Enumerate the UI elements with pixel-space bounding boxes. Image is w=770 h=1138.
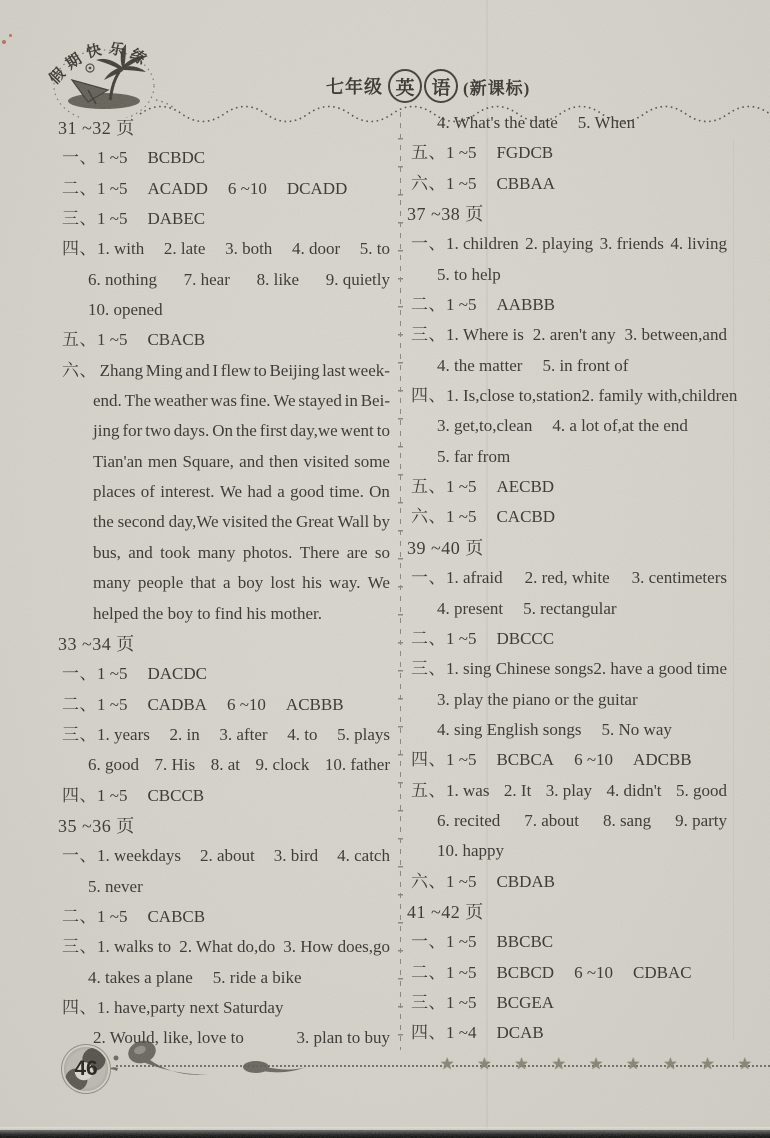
section-label: 一、 xyxy=(62,148,97,167)
section-label: 四、 xyxy=(411,386,446,405)
answer-line: 四、1 ~4DCAB xyxy=(411,1018,727,1048)
section-label: 一、 xyxy=(62,664,97,683)
answers-column-left: 31 ~32 页一、1 ~5BCBDC二、1 ~5ACADD6 ~10DCADD… xyxy=(62,113,390,1054)
answer-line: 4. What's the date5. When xyxy=(437,108,727,138)
page-range-heading: 41 ~42 页 xyxy=(407,897,727,927)
answer-line: 五、1. was2. It3. play4. didn't5. good xyxy=(411,776,727,806)
section-label: 三、 xyxy=(62,209,97,228)
answer-line: 三、1. walks to2. What do,do3. How does,go xyxy=(62,932,390,962)
answer-line: 一、1 ~5DACDC xyxy=(62,659,390,689)
section-label: 六、 xyxy=(411,872,446,891)
star-icon: ★ xyxy=(700,1055,714,1075)
section-label: 五、 xyxy=(411,143,446,162)
answer-line: 4. takes a plane5. ride a bike xyxy=(88,963,390,993)
page-range-heading: 35 ~36 页 xyxy=(58,811,390,841)
star-icon: ★ xyxy=(738,1055,752,1075)
answer-line: 5. far from xyxy=(437,442,727,472)
section-label: 四、 xyxy=(62,786,97,805)
section-label: 四、 xyxy=(411,1023,446,1042)
answer-line: 一、1 ~5BBCBC xyxy=(411,927,727,957)
answer-line: 4. present5. rectangular xyxy=(437,594,727,624)
answer-line: 三、1. Where is2. aren't any3. between,and xyxy=(411,320,727,350)
section-label: 二、 xyxy=(62,907,97,926)
page-range-heading: 37 ~38 页 xyxy=(407,199,727,229)
star-icon: ★ xyxy=(589,1055,603,1075)
answer-line: 4. sing English songs5. No way xyxy=(437,715,727,745)
answer-line: 三、1 ~5DABEC xyxy=(62,204,390,234)
answer-line: 三、1 ~5BCGEA xyxy=(411,988,727,1018)
answer-line: 二、1 ~5AABBB xyxy=(411,290,727,320)
answer-line: 五、1 ~5AECBD xyxy=(411,472,727,502)
answers-column-right: 4. What's the date5. When五、1 ~5FGDCB六、1 … xyxy=(411,108,727,1049)
answer-line: 四、1. have,party next Saturday xyxy=(62,993,390,1023)
answer-line: 四、1. with2. late3. both4. door5. to xyxy=(62,234,390,264)
section-label: 一、 xyxy=(411,568,446,587)
column-divider xyxy=(398,112,403,1050)
logo-text: 假期快乐练 xyxy=(45,39,154,88)
answer-line: 5. to help xyxy=(437,260,727,290)
print-speck xyxy=(2,40,6,44)
star-icon: ★ xyxy=(663,1055,677,1075)
answer-line: 3. get,to,clean4. a lot of,at the end xyxy=(437,411,727,441)
answer-line: 4. the matter5. in front of xyxy=(437,351,727,381)
answer-line: 10. opened xyxy=(88,295,390,325)
page-number-badge: 46 xyxy=(64,1047,108,1091)
answer-line: 二、1 ~5CADBA6 ~10ACBBB xyxy=(62,690,390,720)
answer-paragraph-line: placesofinterest.Wehadagoodtime.On xyxy=(93,477,390,507)
answer-line: 六、1 ~5CACBD xyxy=(411,502,727,532)
answer-line: 四、1. Is,close to,station2. family with,c… xyxy=(411,381,727,411)
answer-paragraph-line: Tian'anmenSquare,andthenvisitedsome xyxy=(93,447,390,477)
star-icon: ★ xyxy=(514,1055,528,1075)
answer-line: 三、1. sing Chinese songs2. have a good ti… xyxy=(411,654,727,684)
page-edge-shadow xyxy=(0,1130,770,1138)
print-speck xyxy=(9,34,12,37)
answer-line: 六、1 ~5CBDAB xyxy=(411,867,727,897)
answer-line: 一、1. afraid2. red, white3. centimeters xyxy=(411,563,727,593)
bleedthrough-line xyxy=(733,140,734,1040)
section-label: 四、 xyxy=(62,998,97,1017)
answer-line: 二、1 ~5BCBCD6 ~10CDBAC xyxy=(411,958,727,988)
answer-line: 6. good7. His8. at9. clock10. father xyxy=(88,750,390,780)
section-label: 四、 xyxy=(411,750,446,769)
answer-line: 五、1 ~5FGDCB xyxy=(411,138,727,168)
ink-blot-decoration xyxy=(104,1036,314,1086)
section-label: 二、 xyxy=(411,629,446,648)
answer-line: 二、1 ~5CABCB xyxy=(62,902,390,932)
section-label: 一、 xyxy=(411,932,446,951)
section-label: 四、 xyxy=(62,239,97,258)
section-label: 三、 xyxy=(411,325,446,344)
star-icon: ★ xyxy=(552,1055,566,1075)
answer-line: 6. recited7. about8. sang9. party xyxy=(437,806,727,836)
page-number: 46 xyxy=(74,1057,97,1081)
answer-line: 三、1. years2. in3. after4. to5. plays xyxy=(62,720,390,750)
star-icon: ★ xyxy=(626,1055,640,1075)
answer-line: 二、1 ~5ACADD6 ~10DCADD xyxy=(62,174,390,204)
section-label: 六、 xyxy=(411,507,446,526)
answer-line: 二、1 ~5DBCCC xyxy=(411,624,727,654)
answer-key-page: 假期快乐练 七年级 英 语 (新课标) 31 ~32 页一、1 ~5BCBDC二… xyxy=(0,0,770,1138)
answer-paragraph-line: end.Theweatherwasfine.WestayedinBei- xyxy=(93,386,390,416)
section-label: 二、 xyxy=(62,695,97,714)
answer-paragraph-line: thesecondday,WevisitedtheGreatWallby xyxy=(93,507,390,537)
answer-line: 6. nothing7. hear8. like9. quietly xyxy=(88,265,390,295)
answer-line: 一、1. children2. playing3. friends4. livi… xyxy=(411,229,727,259)
section-label: 五、 xyxy=(411,477,446,496)
page-range-heading: 39 ~40 页 xyxy=(407,533,727,563)
section-label: 三、 xyxy=(62,725,97,744)
page-range-heading: 33 ~34 页 xyxy=(58,629,390,659)
answer-line: 六、1 ~5CBBAA xyxy=(411,169,727,199)
answer-line: 5. never xyxy=(88,872,390,902)
answer-paragraph-line: bus,andtookmanyphotos.Thereareso xyxy=(93,538,390,568)
answer-paragraph-line: jingfortwodays.Onthefirstday,wewentto xyxy=(93,416,390,446)
section-label: 三、 xyxy=(411,659,446,678)
section-label: 一、 xyxy=(411,234,446,253)
star-icon: ★ xyxy=(440,1055,454,1075)
answer-paragraph-line: helped the boy to find his mother. xyxy=(93,599,390,629)
answer-line: 3. play the piano or the guitar xyxy=(437,685,727,715)
answer-line: 一、1 ~5BCBDC xyxy=(62,143,390,173)
page-crease xyxy=(486,0,488,1130)
star-icon: ★ xyxy=(477,1055,491,1075)
answer-line: 一、1. weekdays2. about3. bird4. catch xyxy=(62,841,390,871)
section-label: 一、 xyxy=(62,846,97,865)
section-label: 六、 xyxy=(62,356,97,386)
answer-line: 四、1 ~5BCBCA6 ~10ADCBB xyxy=(411,745,727,775)
section-label: 三、 xyxy=(411,993,446,1012)
section-label: 二、 xyxy=(411,963,446,982)
section-label: 五、 xyxy=(411,781,446,800)
answer-line: 五、1 ~5CBACB xyxy=(62,325,390,355)
svg-text:假期快乐练: 假期快乐练 xyxy=(45,39,154,88)
answer-line: 10. happy xyxy=(437,836,727,866)
answer-line: 四、1 ~5CBCCB xyxy=(62,781,390,811)
answer-paragraph-line: 六、ZhangMingandIflewtoBeijinglastweek- xyxy=(62,356,390,386)
page-range-heading: 31 ~32 页 xyxy=(58,113,390,143)
section-label: 五、 xyxy=(62,330,97,349)
section-label: 二、 xyxy=(411,295,446,314)
answer-paragraph-line: manypeoplethataboylosthisway.We xyxy=(93,568,390,598)
section-label: 六、 xyxy=(411,174,446,193)
section-label: 三、 xyxy=(62,937,97,956)
section-label: 二、 xyxy=(62,179,97,198)
